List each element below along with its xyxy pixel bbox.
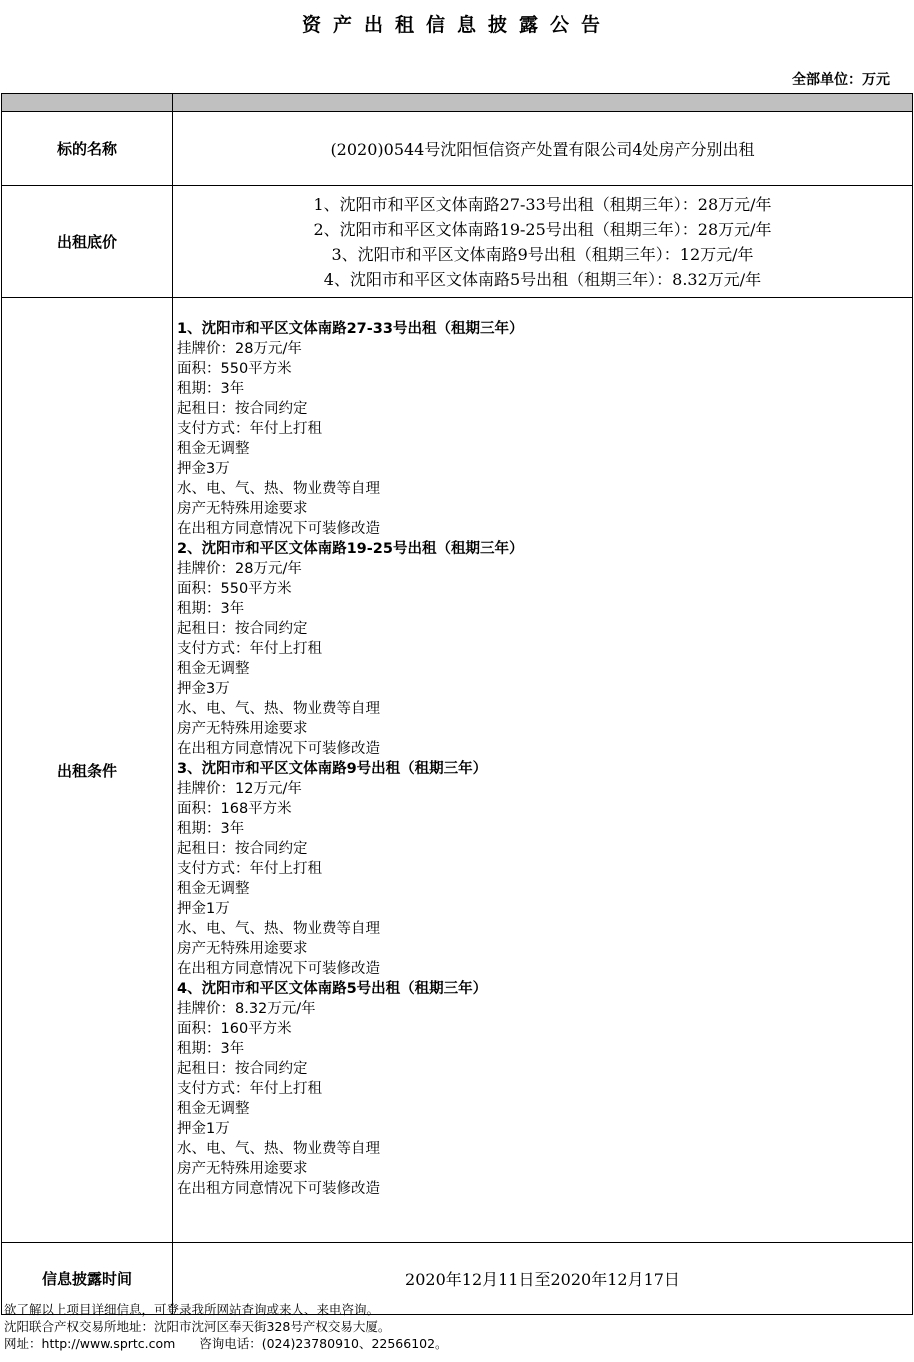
row-label-name: 标的名称 — [2, 112, 173, 186]
condition-line: 支付方式：年付上打租 — [177, 639, 912, 659]
website-label: 网址： — [4, 1336, 42, 1351]
condition-line: 挂牌价：28万元/年 — [177, 559, 912, 579]
disclosure-table: 标的名称 (2020)0544号沈阳恒信资产处置有限公司4处房产分别出租 出租底… — [1, 93, 913, 1315]
page-title: 资产出租信息披露公告 — [0, 10, 914, 37]
condition-line: 房产无特殊用途要求 — [177, 499, 912, 519]
row-value-price: 1、沈阳市和平区文体南路27-33号出租（租期三年）：28万元/年 2、沈阳市和… — [173, 186, 913, 298]
footer-address: 沈阳联合产权交易所地址：沈阳市沈河区奉天街328号产权交易大厦。 — [4, 1318, 448, 1335]
condition-heading: 1、沈阳市和平区文体南路27-33号出租（租期三年） — [177, 319, 912, 339]
condition-line: 租金无调整 — [177, 659, 912, 679]
website-link[interactable]: http://www.sprtc.com — [42, 1336, 176, 1351]
header-cell-left — [2, 94, 173, 112]
spacer — [175, 1336, 199, 1351]
condition-line: 起租日：按合同约定 — [177, 839, 912, 859]
condition-line: 租金无调整 — [177, 439, 912, 459]
price-line: 3、沈阳市和平区文体南路9号出租（租期三年）：12万元/年 — [173, 242, 912, 267]
condition-line: 水、电、气、热、物业费等自理 — [177, 699, 912, 719]
row-value-conditions: 1、沈阳市和平区文体南路27-33号出租（租期三年）挂牌价：28万元/年面积：5… — [173, 298, 913, 1243]
condition-heading: 3、沈阳市和平区文体南路9号出租（租期三年） — [177, 759, 912, 779]
footer-notes: 欲了解以上项目详细信息，可登录我所网站查询或来人、来电咨询。 沈阳联合产权交易所… — [4, 1301, 448, 1352]
condition-line: 挂牌价：12万元/年 — [177, 779, 912, 799]
condition-line: 支付方式：年付上打租 — [177, 419, 912, 439]
condition-heading: 2、沈阳市和平区文体南路19-25号出租（租期三年） — [177, 539, 912, 559]
price-line: 4、沈阳市和平区文体南路5号出租（租期三年）：8.32万元/年 — [173, 267, 912, 292]
footer-contact-line: 网址：http://www.sprtc.com 咨询电话：(024)237809… — [4, 1335, 448, 1352]
condition-line: 挂牌价：28万元/年 — [177, 339, 912, 359]
condition-line: 租期：3年 — [177, 1039, 912, 1059]
condition-line: 房产无特殊用途要求 — [177, 719, 912, 739]
condition-line: 房产无特殊用途要求 — [177, 939, 912, 959]
condition-line: 水、电、气、热、物业费等自理 — [177, 1139, 912, 1159]
condition-line: 押金1万 — [177, 899, 912, 919]
condition-line: 起租日：按合同约定 — [177, 619, 912, 639]
row-label-conditions: 出租条件 — [2, 298, 173, 1243]
condition-line: 支付方式：年付上打租 — [177, 1079, 912, 1099]
condition-line: 起租日：按合同约定 — [177, 399, 912, 419]
price-line: 1、沈阳市和平区文体南路27-33号出租（租期三年）：28万元/年 — [173, 192, 912, 217]
condition-line: 起租日：按合同约定 — [177, 1059, 912, 1079]
condition-line: 在出租方同意情况下可装修改造 — [177, 519, 912, 539]
condition-line: 水、电、气、热、物业费等自理 — [177, 479, 912, 499]
phone-label: 咨询电话： — [199, 1336, 262, 1351]
condition-heading: 4、沈阳市和平区文体南路5号出租（租期三年） — [177, 979, 912, 999]
table-row-price: 出租底价 1、沈阳市和平区文体南路27-33号出租（租期三年）：28万元/年 2… — [2, 186, 913, 298]
condition-line: 在出租方同意情况下可装修改造 — [177, 959, 912, 979]
condition-line: 面积：550平方米 — [177, 579, 912, 599]
condition-line: 在出租方同意情况下可装修改造 — [177, 739, 912, 759]
condition-line: 支付方式：年付上打租 — [177, 859, 912, 879]
condition-line: 租期：3年 — [177, 599, 912, 619]
condition-line: 面积：168平方米 — [177, 799, 912, 819]
row-label-price: 出租底价 — [2, 186, 173, 298]
table-header-row — [2, 94, 913, 112]
condition-line: 押金3万 — [177, 679, 912, 699]
table-row-name: 标的名称 (2020)0544号沈阳恒信资产处置有限公司4处房产分别出租 — [2, 112, 913, 186]
condition-line: 押金3万 — [177, 459, 912, 479]
condition-line: 挂牌价：8.32万元/年 — [177, 999, 912, 1019]
condition-line: 面积：550平方米 — [177, 359, 912, 379]
unit-label: 全部单位：万元 — [792, 69, 890, 89]
condition-line: 水、电、气、热、物业费等自理 — [177, 919, 912, 939]
header-cell-right — [173, 94, 913, 112]
row-value-name: (2020)0544号沈阳恒信资产处置有限公司4处房产分别出租 — [173, 112, 913, 186]
condition-line: 租期：3年 — [177, 379, 912, 399]
condition-line: 押金1万 — [177, 1119, 912, 1139]
phone-number: (024)23780910、22566102。 — [262, 1336, 448, 1351]
price-line: 2、沈阳市和平区文体南路19-25号出租（租期三年）：28万元/年 — [173, 217, 912, 242]
condition-line: 面积：160平方米 — [177, 1019, 912, 1039]
table-row-conditions: 出租条件 1、沈阳市和平区文体南路27-33号出租（租期三年）挂牌价：28万元/… — [2, 298, 913, 1243]
condition-line: 租金无调整 — [177, 1099, 912, 1119]
condition-line: 在出租方同意情况下可装修改造 — [177, 1179, 912, 1199]
footer-inquiry-note: 欲了解以上项目详细信息，可登录我所网站查询或来人、来电咨询。 — [4, 1301, 448, 1318]
condition-line: 房产无特殊用途要求 — [177, 1159, 912, 1179]
condition-line: 租金无调整 — [177, 879, 912, 899]
condition-line: 租期：3年 — [177, 819, 912, 839]
